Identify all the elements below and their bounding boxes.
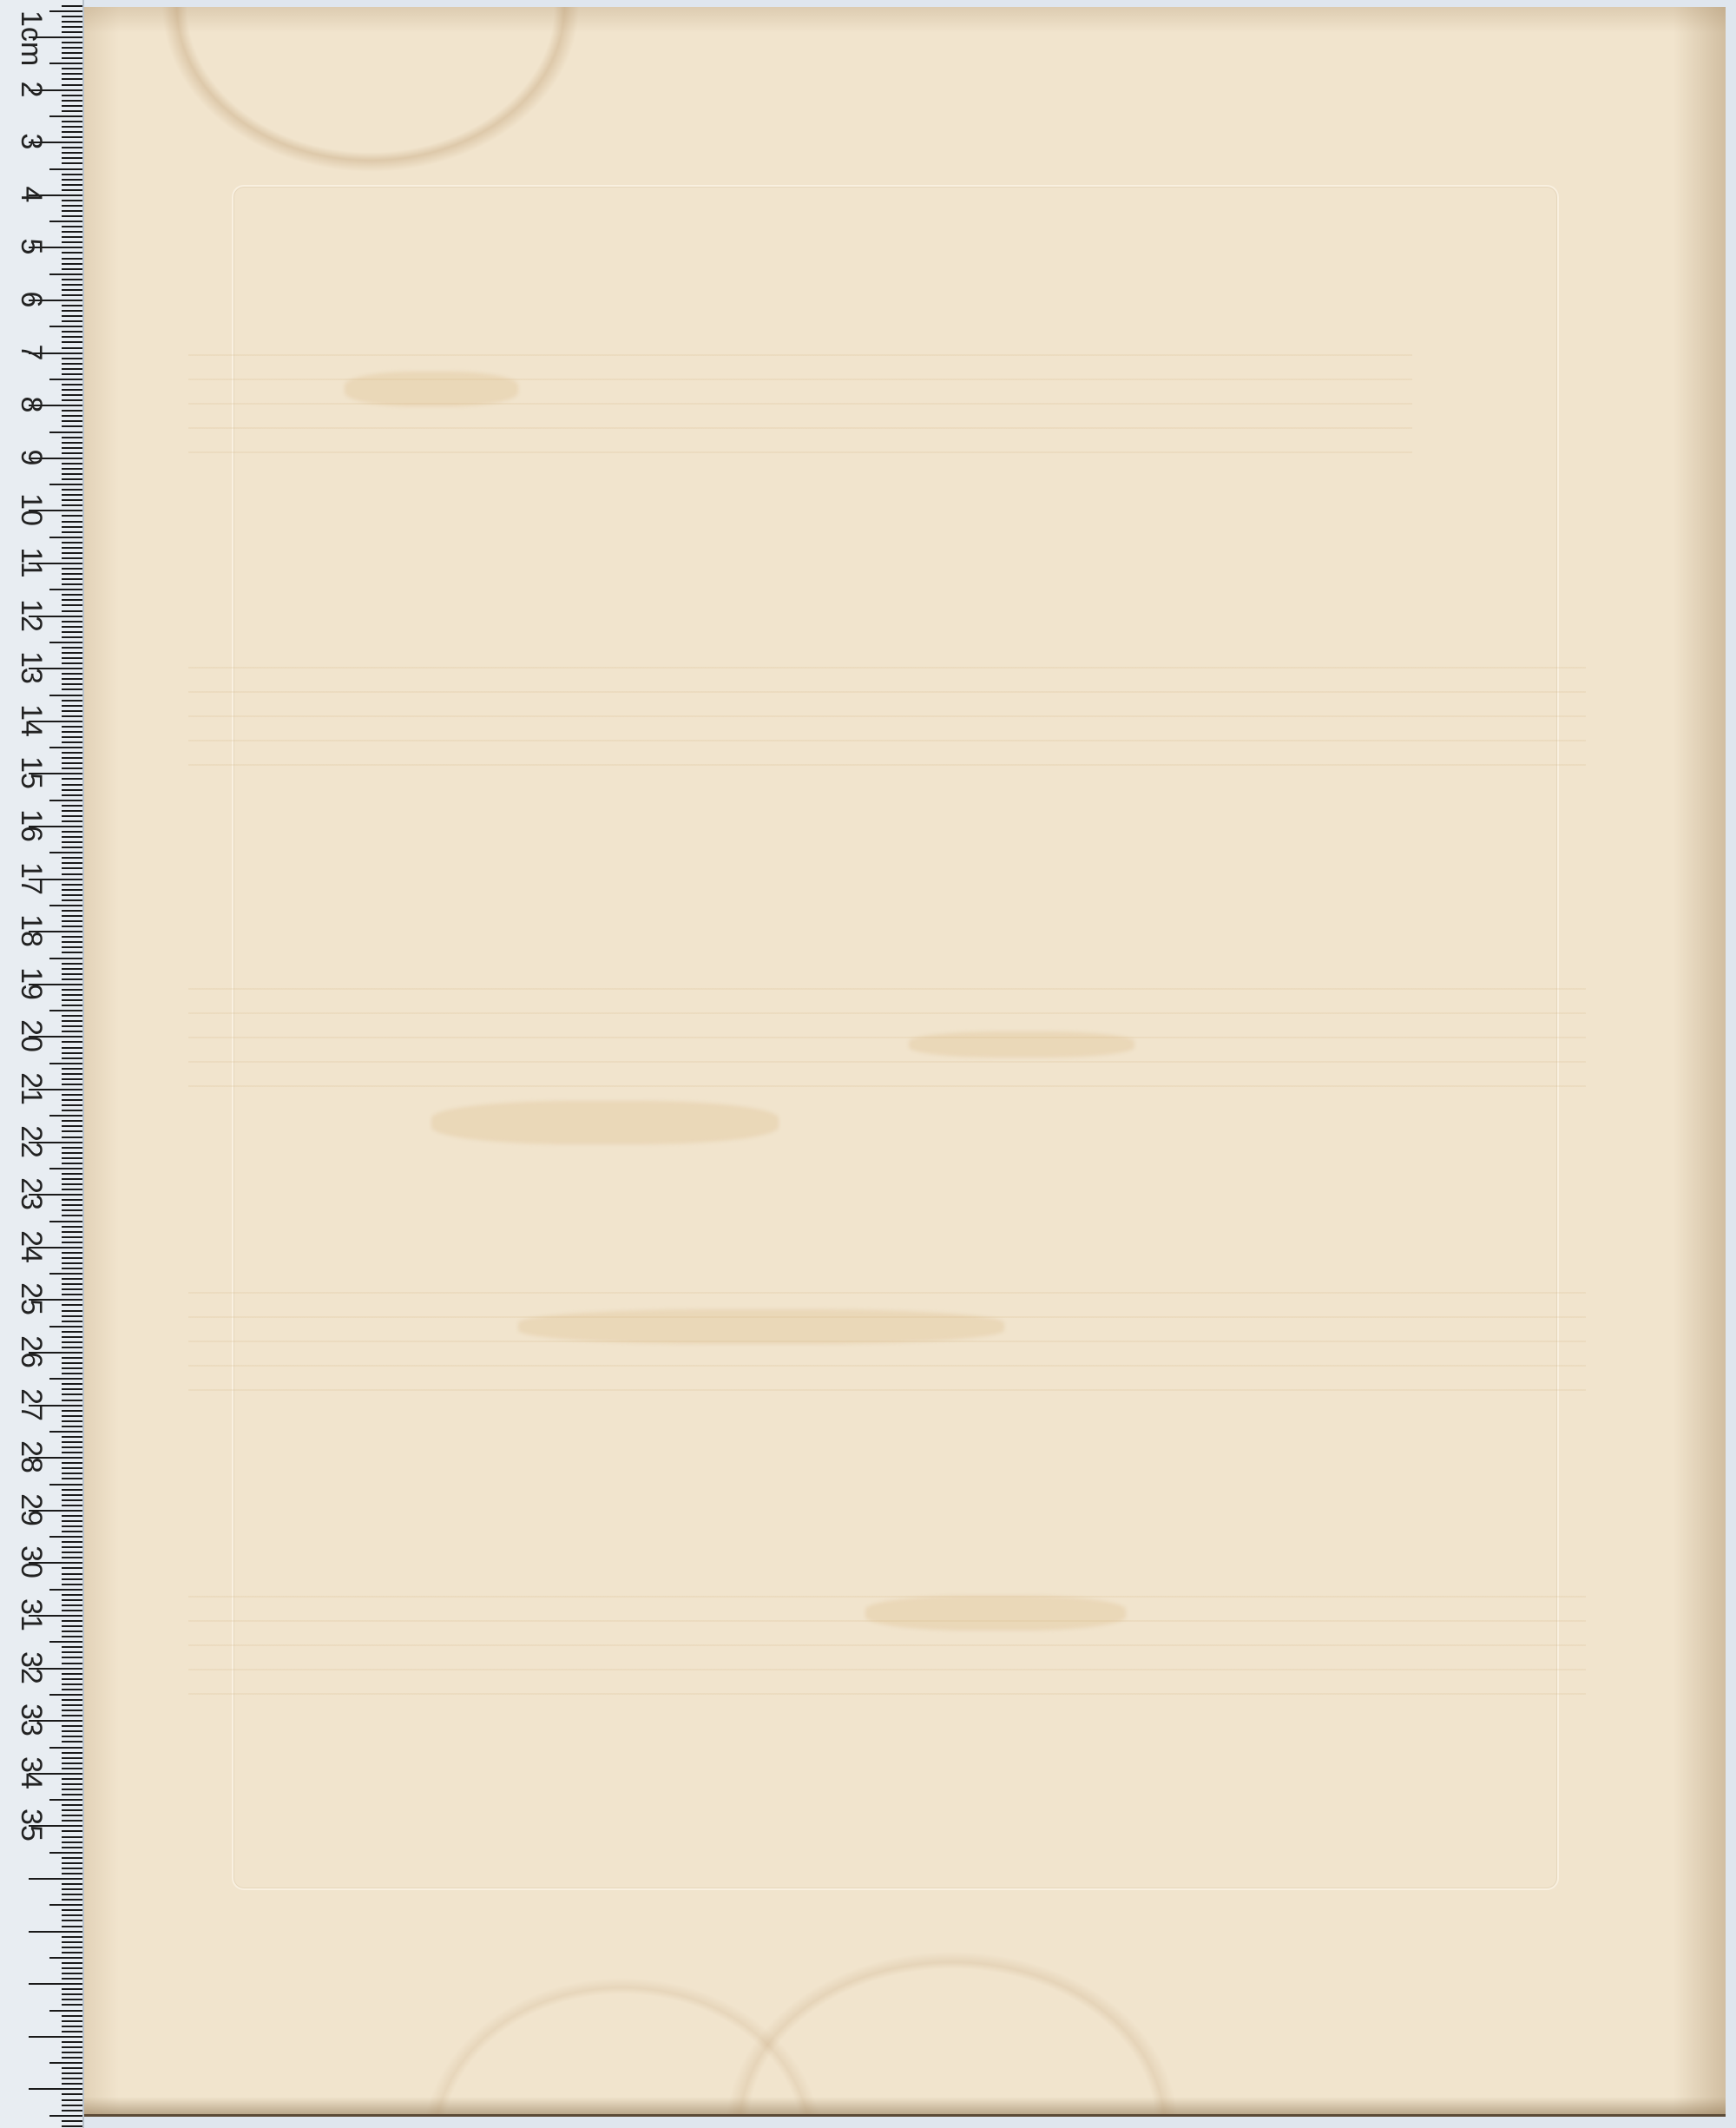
ruler-tick xyxy=(62,1031,82,1032)
ruler-tick xyxy=(62,1546,82,1548)
ruler-tick xyxy=(62,415,82,417)
ruler-tick xyxy=(62,1768,82,1769)
ruler-tick xyxy=(62,1163,82,1164)
show-through-system-3 xyxy=(188,988,1586,1110)
ruler-tick xyxy=(49,1589,82,1591)
ruler-tick xyxy=(62,1294,82,1295)
ruler-tick xyxy=(62,1310,82,1312)
ruler-tick xyxy=(62,1804,82,1806)
ruler-tick xyxy=(49,537,82,538)
ruler-tick xyxy=(62,1531,82,1532)
ruler-tick xyxy=(62,1783,82,1785)
ruler-tick xyxy=(62,26,82,28)
ruler-tick xyxy=(62,762,82,764)
ruler-tick xyxy=(29,1878,82,1880)
ruler-tick xyxy=(62,1594,82,1596)
ruler-tick xyxy=(62,399,82,401)
ruler-tick xyxy=(62,136,82,138)
ruler-tick xyxy=(62,1052,82,1054)
ruler-tick xyxy=(62,673,82,675)
ruler-label: 23 xyxy=(16,1168,46,1220)
ruler-tick xyxy=(62,1836,82,1838)
ruler-tick xyxy=(62,926,82,927)
ruler-tick xyxy=(62,1331,82,1333)
ruler-tick xyxy=(49,1641,82,1643)
ruler-tick xyxy=(62,1315,82,1317)
ruler-tick xyxy=(62,1426,82,1427)
ruler-tick xyxy=(62,179,82,181)
ruler-tick xyxy=(62,978,82,980)
ruler-tick xyxy=(62,1520,82,1522)
ruler-tick xyxy=(62,652,82,654)
ruler-tick xyxy=(62,52,82,54)
ruler-tick xyxy=(62,1815,82,1816)
ruler-tick xyxy=(62,715,82,717)
ruler-tick xyxy=(62,336,82,338)
ruler-tick xyxy=(62,1236,82,1238)
ruler-tick xyxy=(62,489,82,491)
ruler-tick xyxy=(62,636,82,638)
ruler-tick xyxy=(62,147,82,148)
ruler-tick xyxy=(62,1499,82,1501)
ruler-tick xyxy=(49,905,82,906)
ruler-tick xyxy=(49,484,82,485)
ruler-tick xyxy=(62,2078,82,2079)
ruler-tick xyxy=(49,10,82,12)
ruler-label: 32 xyxy=(16,1642,46,1694)
ruler-tick xyxy=(62,810,82,812)
ruler-tick xyxy=(62,1610,82,1611)
ruler-tick xyxy=(62,1441,82,1443)
ruler-tick xyxy=(62,599,82,601)
ruler-tick xyxy=(62,437,82,438)
ruler-tick xyxy=(62,989,82,991)
ruler-tick xyxy=(62,1357,82,1359)
ruler-tick xyxy=(49,1168,82,1169)
ink-show-through xyxy=(518,1309,1004,1344)
ruler-tick xyxy=(49,326,82,327)
ruler-tick xyxy=(62,1231,82,1233)
ruler-tick xyxy=(62,910,82,912)
ruler-tick xyxy=(49,273,82,275)
ruler-tick xyxy=(62,2125,82,2127)
ruler-tick xyxy=(62,2067,82,2069)
ruler-tick xyxy=(62,815,82,817)
ruler-tick xyxy=(49,1326,82,1328)
ruler-tick xyxy=(62,210,82,212)
ruler-tick xyxy=(62,347,82,349)
ruler-tick xyxy=(49,432,82,433)
ruler-tick xyxy=(62,1725,82,1727)
ruler-label: 22 xyxy=(16,1116,46,1168)
ruler-tick xyxy=(62,862,82,864)
ruler-tick xyxy=(62,1631,82,1632)
ruler-tick xyxy=(62,1909,82,1911)
ink-show-through xyxy=(345,372,518,406)
ruler-tick xyxy=(62,936,82,938)
ruler-tick xyxy=(62,1699,82,1701)
ruler-tick xyxy=(62,1420,82,1422)
ruler-tick xyxy=(62,1673,82,1675)
ruler-tick xyxy=(62,1762,82,1764)
ruler-tick xyxy=(62,1573,82,1575)
ruler-label: 15 xyxy=(16,747,46,799)
ruler-tick xyxy=(62,320,82,322)
ruler-tick xyxy=(62,1841,82,1843)
ruler-tick xyxy=(62,425,82,427)
ruler-tick xyxy=(62,1226,82,1228)
ruler-tick xyxy=(62,1178,82,1180)
ruler-tick xyxy=(62,920,82,922)
ruler-tick xyxy=(62,1936,82,1938)
ruler-tick xyxy=(62,952,82,953)
ruler-tick xyxy=(62,231,82,233)
ruler-tick xyxy=(62,478,82,480)
ruler-tick xyxy=(62,841,82,843)
ruler-label: 25 xyxy=(16,1273,46,1325)
ruler-tick xyxy=(62,1809,82,1811)
ruler-tick xyxy=(62,1472,82,1474)
ruler-tick xyxy=(62,578,82,580)
ruler-tick xyxy=(62,452,82,454)
ruler-tick xyxy=(62,836,82,838)
ruler-tick xyxy=(62,631,82,633)
ruler-tick xyxy=(62,1794,82,1795)
ruler-tick xyxy=(62,1130,82,1132)
ruler-tick xyxy=(62,731,82,733)
ruler-label: 24 xyxy=(16,1221,46,1273)
ruler-tick xyxy=(62,2072,82,2074)
ruler-tick xyxy=(62,768,82,769)
ruler-tick xyxy=(62,1862,82,1864)
ruler-tick xyxy=(62,1415,82,1417)
ruler-tick xyxy=(62,1515,82,1517)
ruler-tick xyxy=(62,889,82,891)
ruler-tick xyxy=(62,200,82,201)
ruler-tick xyxy=(62,1820,82,1822)
ruler-tick xyxy=(62,1125,82,1127)
ruler-tick xyxy=(62,1268,82,1269)
ruler-label: 11 xyxy=(16,537,46,589)
ruler-tick xyxy=(62,547,82,549)
ruler-tick xyxy=(62,1078,82,1080)
ruler-tick xyxy=(49,1747,82,1749)
ruler-tick xyxy=(62,647,82,649)
ruler-label: 10 xyxy=(16,484,46,536)
ruler-tick xyxy=(29,2088,82,2090)
ruler-tick xyxy=(62,2046,82,2048)
ruler-tick xyxy=(62,31,82,33)
ruler-tick xyxy=(62,1152,82,1154)
ruler-label: 14 xyxy=(16,695,46,747)
ruler-tick xyxy=(62,1041,82,1043)
ruler-tick xyxy=(62,1367,82,1369)
ruler-tick xyxy=(62,1657,82,1658)
ruler-tick xyxy=(62,68,82,69)
ruler-tick xyxy=(62,1757,82,1759)
ruler-tick xyxy=(62,1373,82,1374)
ruler-tick xyxy=(62,1620,82,1622)
ruler-tick xyxy=(62,84,82,86)
ruler-tick xyxy=(62,963,82,965)
ruler-tick xyxy=(62,626,82,628)
ruler-tick xyxy=(62,126,82,128)
ruler-tick xyxy=(49,589,82,590)
ruler-tick xyxy=(62,258,82,260)
ruler-tick xyxy=(62,820,82,822)
ruler-tick xyxy=(62,1478,82,1479)
ruler-tick xyxy=(29,2036,82,2038)
ink-show-through xyxy=(865,1596,1126,1631)
ruler-tick xyxy=(62,736,82,738)
ruler-tick xyxy=(62,1215,82,1216)
ruler-tick xyxy=(49,2010,82,2012)
ruler-tick xyxy=(62,2093,82,2095)
ruler-tick xyxy=(49,852,82,853)
ruler-tick xyxy=(62,2026,82,2027)
ruler-tick xyxy=(49,1010,82,1011)
ruler-tick xyxy=(49,1799,82,1801)
ruler-tick xyxy=(62,1646,82,1648)
ruler-tick xyxy=(62,42,82,43)
ruler-tick xyxy=(62,263,82,265)
ruler-tick xyxy=(62,1020,82,1022)
ruler-label: 35 xyxy=(16,1799,46,1851)
ruler-tick xyxy=(62,2031,82,2032)
ruler-tick xyxy=(62,1446,82,1448)
ruler-tick xyxy=(62,542,82,544)
ruler-label: 29 xyxy=(16,1484,46,1536)
ruler-tick xyxy=(62,1110,82,1111)
ruler-tick xyxy=(49,221,82,222)
ruler-tick xyxy=(62,1347,82,1348)
ruler-tick xyxy=(62,741,82,743)
ruler-tick xyxy=(62,2004,82,2006)
ruler-tick xyxy=(62,294,82,296)
measuring-ruler: 1cm2345678910111213141516171819202122232… xyxy=(0,0,84,2128)
ruler-tick xyxy=(62,1525,82,1527)
ruler-tick xyxy=(62,1888,82,1890)
ruler-tick xyxy=(62,215,82,217)
ruler-tick xyxy=(62,1015,82,1017)
ruler-tick xyxy=(49,168,82,170)
ruler-tick xyxy=(62,95,82,96)
ruler-tick xyxy=(62,1552,82,1553)
ruler-tick xyxy=(62,331,82,333)
ruler-tick xyxy=(62,1973,82,1974)
ruler-tick xyxy=(62,410,82,412)
ruler-tick xyxy=(62,1005,82,1006)
ruler-tick xyxy=(62,1847,82,1848)
ruler-tick xyxy=(62,1452,82,1453)
ruler-tick xyxy=(62,1557,82,1558)
ruler-tick xyxy=(62,105,82,107)
ruler-tick xyxy=(62,463,82,464)
ruler-tick xyxy=(62,1321,82,1322)
ruler-label: 34 xyxy=(16,1747,46,1799)
ruler-label: 12 xyxy=(16,590,46,642)
ruler-tick xyxy=(62,1604,82,1606)
ruler-tick xyxy=(62,47,82,49)
ruler-tick xyxy=(62,1336,82,1338)
ruler-tick xyxy=(62,1047,82,1049)
ruler-tick xyxy=(62,1094,82,1096)
ruler-tick xyxy=(62,305,82,306)
ruler-tick xyxy=(62,1157,82,1159)
ruler-tick xyxy=(62,1173,82,1175)
ruler-tick xyxy=(62,1962,82,1964)
ruler-tick xyxy=(62,552,82,554)
ruler-tick xyxy=(62,1199,82,1201)
ruler-tick xyxy=(62,778,82,780)
ruler-tick xyxy=(62,504,82,506)
ruler-tick xyxy=(62,700,82,702)
show-through-system-1 xyxy=(188,354,1412,476)
ruler-tick xyxy=(62,473,82,475)
ruler-tick xyxy=(62,1462,82,1464)
ruler-tick xyxy=(49,1484,82,1486)
ruler-tick xyxy=(62,1257,82,1259)
ruler-tick xyxy=(62,1584,82,1585)
ruler-tick xyxy=(49,1904,82,1906)
ruler-tick xyxy=(49,1852,82,1854)
ruler-tick xyxy=(62,1651,82,1653)
ruler-tick xyxy=(62,279,82,280)
ruler-tick xyxy=(62,526,82,528)
ink-show-through xyxy=(909,1031,1134,1057)
ruler-tick xyxy=(49,800,82,801)
ruler-tick xyxy=(62,873,82,875)
ruler-tick xyxy=(62,315,82,317)
ruler-tick xyxy=(62,1383,82,1385)
ruler-tick xyxy=(62,1736,82,1737)
ruler-tick xyxy=(49,63,82,64)
ruler-label: 5 xyxy=(16,221,46,273)
ruler-tick xyxy=(62,899,82,901)
ruler-tick xyxy=(62,794,82,796)
ruler-tick xyxy=(62,621,82,623)
ruler-tick xyxy=(62,726,82,728)
ruler-tick xyxy=(62,1868,82,1869)
ruler-tick xyxy=(62,1489,82,1491)
ruler-label: 19 xyxy=(16,958,46,1010)
ruler-tick xyxy=(62,705,82,707)
ruler-tick xyxy=(62,494,82,496)
ruler-tick xyxy=(62,184,82,186)
ruler-tick xyxy=(62,583,82,585)
ruler-tick xyxy=(62,358,82,359)
ruler-tick xyxy=(62,310,82,312)
ruler-tick xyxy=(62,867,82,869)
ruler-tick xyxy=(62,2057,82,2059)
ruler-tick xyxy=(62,805,82,807)
ruler-label: 33 xyxy=(16,1694,46,1746)
ruler-label: 7 xyxy=(16,326,46,379)
ruler-tick xyxy=(62,1541,82,1543)
ruler-tick xyxy=(62,610,82,612)
ruler-tick xyxy=(62,252,82,254)
ruler-tick xyxy=(62,752,82,754)
ruler-tick xyxy=(62,1189,82,1190)
ruler-tick xyxy=(62,1926,82,1927)
ruler-tick xyxy=(62,268,82,270)
ruler-tick xyxy=(62,16,82,17)
ruler-tick xyxy=(49,1273,82,1275)
ruler-tick xyxy=(62,557,82,559)
ruler-tick xyxy=(62,1704,82,1706)
ruler-tick xyxy=(62,1436,82,1438)
ruler-tick xyxy=(62,678,82,680)
ruler-tick xyxy=(49,1221,82,1222)
ruler-tick xyxy=(62,394,82,396)
ruler-tick xyxy=(62,1599,82,1601)
ruler-tick xyxy=(49,695,82,696)
ruler-tick xyxy=(62,1978,82,1980)
ruler-tick xyxy=(49,379,82,380)
ruler-tick xyxy=(62,1993,82,1995)
ruler-tick xyxy=(62,884,82,886)
ruler-tick xyxy=(49,1536,82,1538)
ruler-tick xyxy=(62,241,82,243)
ruler-tick xyxy=(62,594,82,596)
ruler-tick xyxy=(62,1252,82,1254)
ruler-label: 31 xyxy=(16,1589,46,1641)
ruler-tick xyxy=(62,999,82,1001)
ruler-label: 26 xyxy=(16,1326,46,1378)
ruler-tick xyxy=(62,657,82,659)
ruler-label: 28 xyxy=(16,1431,46,1483)
ruler-tick xyxy=(62,1625,82,1627)
ruler-label: 9 xyxy=(16,432,46,484)
ruler-tick xyxy=(62,1689,82,1690)
ruler-tick xyxy=(62,1278,82,1280)
ruler-tick xyxy=(62,1410,82,1412)
ruler-tick xyxy=(62,1120,82,1122)
ruler-tick xyxy=(62,110,82,112)
ruler-tick xyxy=(49,1957,82,1959)
ruler-label: 21 xyxy=(16,1063,46,1115)
ruler-tick xyxy=(29,1931,82,1933)
ruler-tick xyxy=(62,1147,82,1149)
ruler-tick xyxy=(62,1057,82,1059)
ruler-tick xyxy=(49,1694,82,1696)
ruler-tick xyxy=(62,604,82,606)
ruler-tick xyxy=(62,1341,82,1343)
ruler-tick xyxy=(62,831,82,833)
ruler-tick xyxy=(62,1288,82,1290)
ruler-tick xyxy=(49,2115,82,2117)
ruler-tick xyxy=(49,1115,82,1117)
show-through-system-2 xyxy=(188,667,1586,788)
ruler-tick xyxy=(62,57,82,59)
ruler-tick xyxy=(62,1494,82,1496)
ruler-tick xyxy=(62,174,82,175)
ruler-tick xyxy=(62,468,82,470)
ruler-tick xyxy=(62,1073,82,1075)
ruler-tick xyxy=(62,121,82,122)
ruler-tick xyxy=(62,1025,82,1027)
ruler-tick xyxy=(62,389,82,391)
ruler-tick xyxy=(62,1242,82,1243)
ruler-tick xyxy=(62,2020,82,2022)
ruler-tick xyxy=(62,289,82,291)
ruler-tick xyxy=(62,1209,82,1211)
ruler-tick xyxy=(62,1104,82,1106)
ruler-tick xyxy=(62,2052,82,2053)
ruler-tick xyxy=(62,1136,82,1138)
ruler-tick xyxy=(62,1988,82,1990)
ruler-tick xyxy=(62,152,82,154)
